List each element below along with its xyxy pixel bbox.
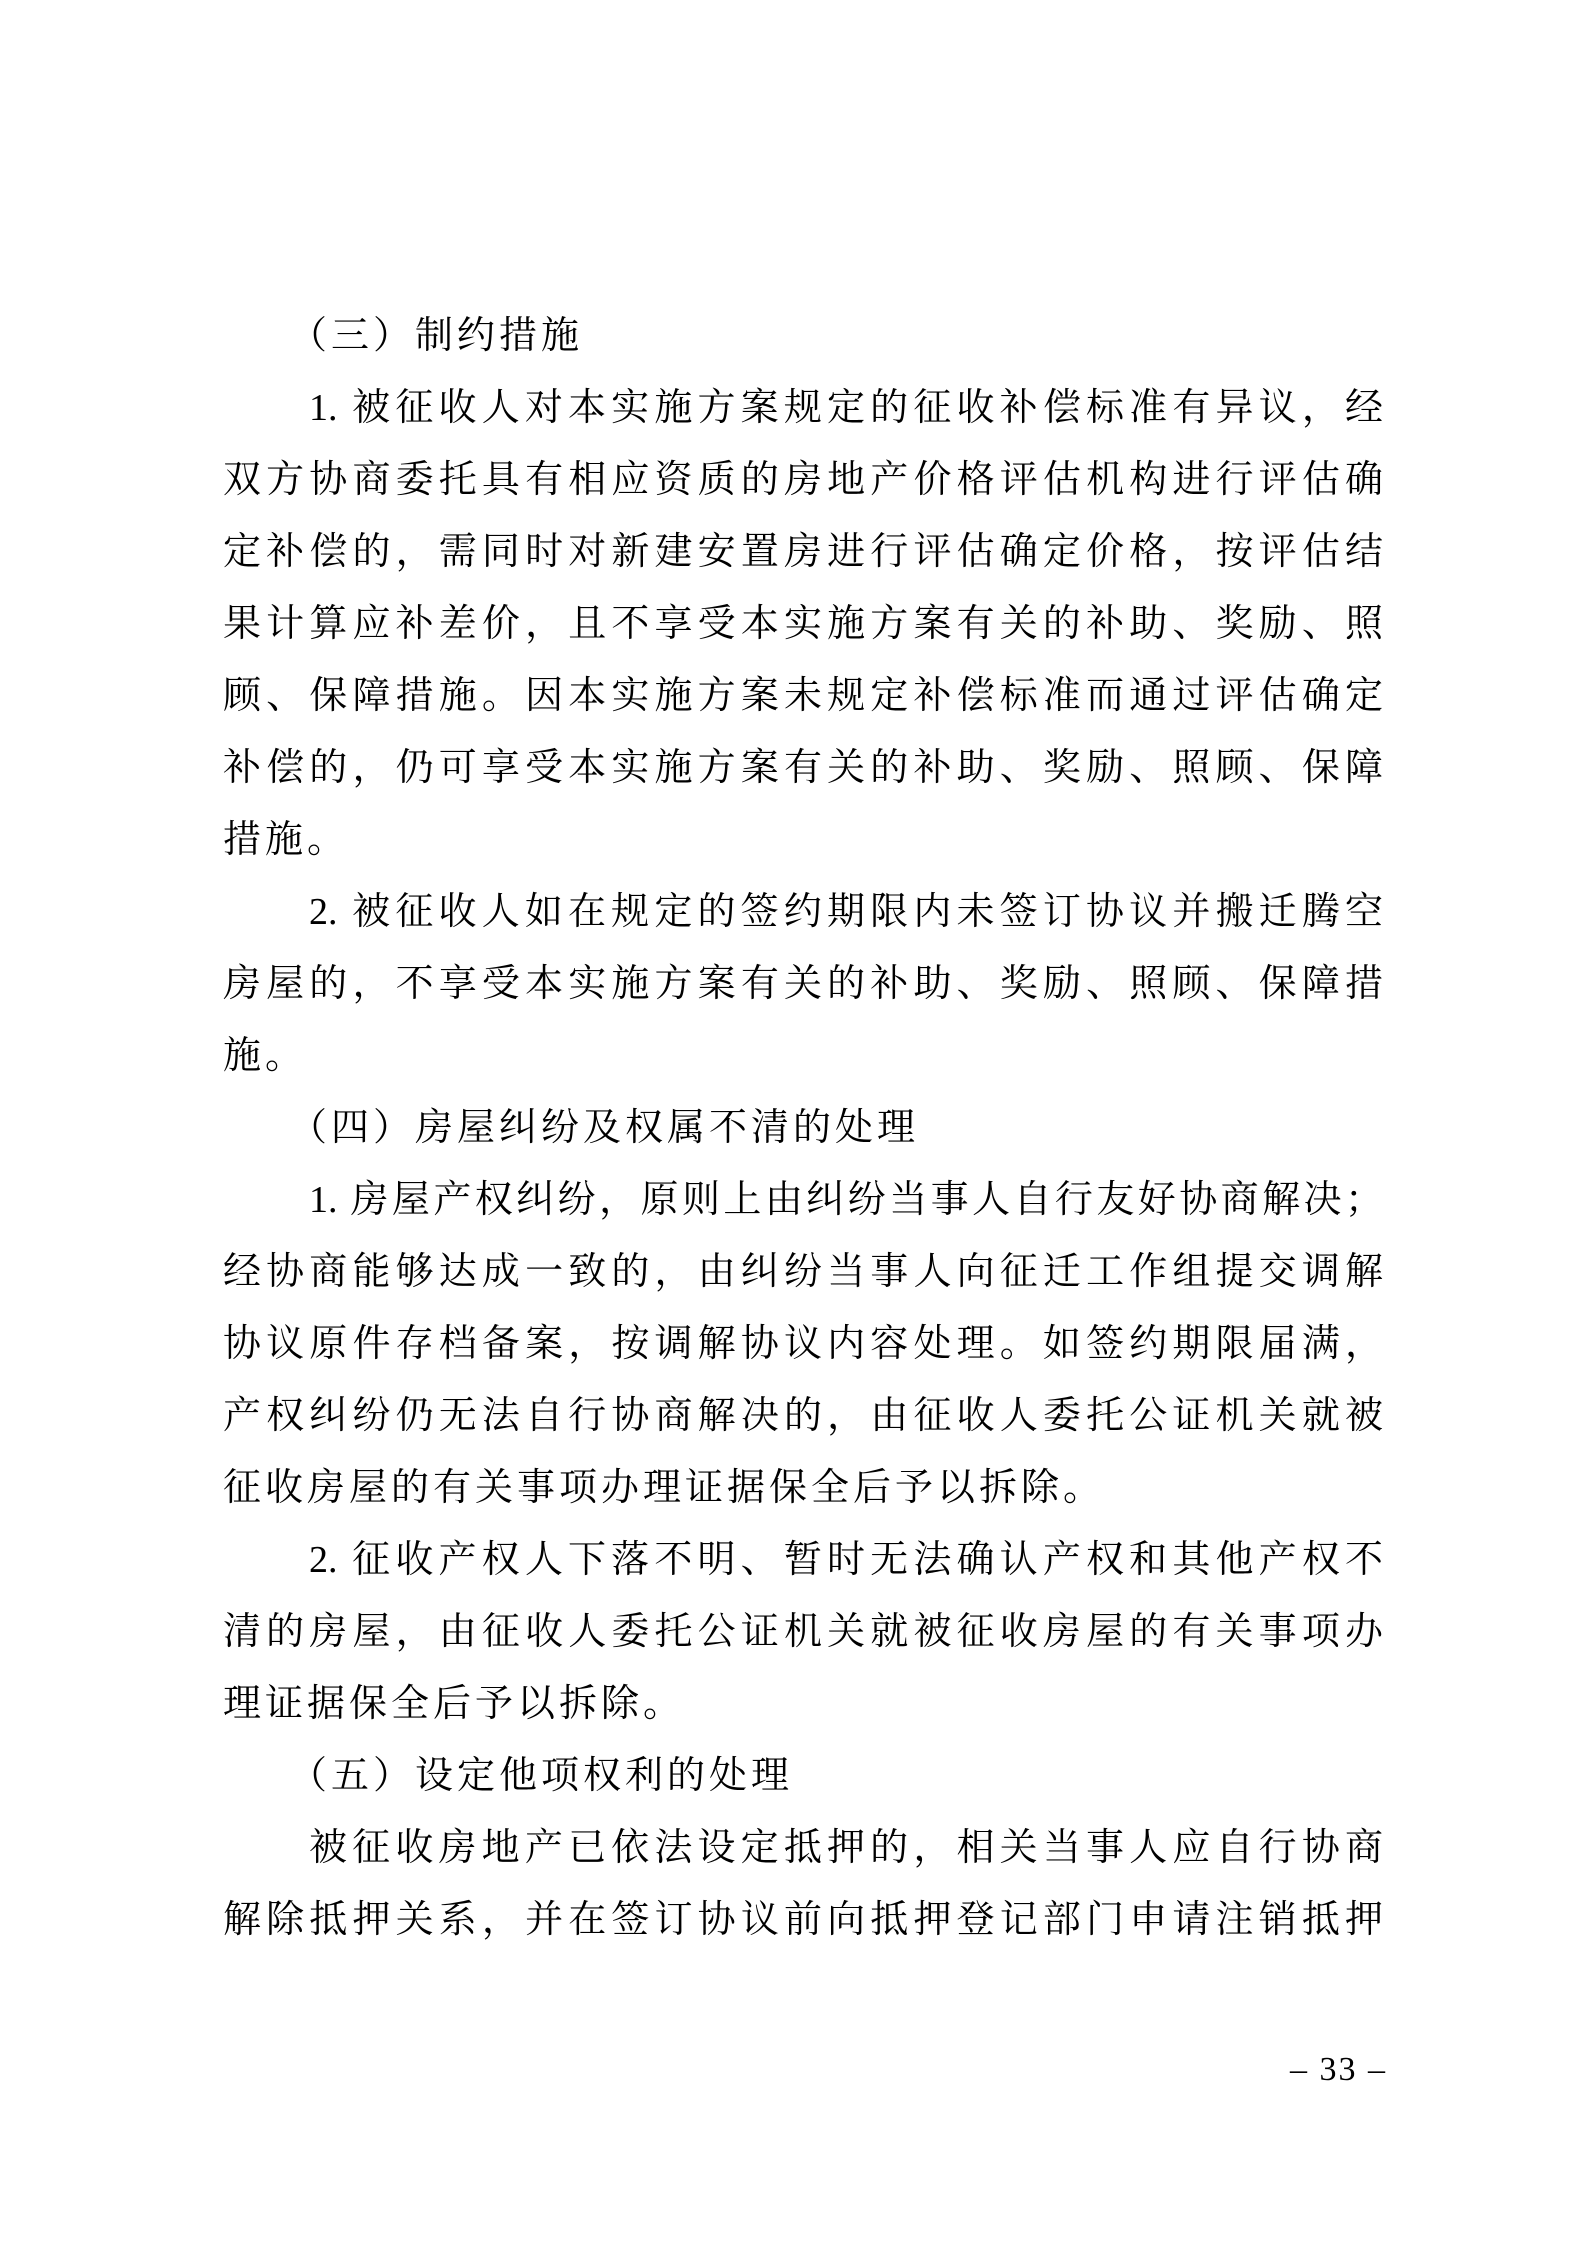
body-line: 顾、保障措施。因本实施方案未规定补偿标准而通过评估确定 (223, 660, 1383, 732)
body-line: 征收房屋的有关事项办理证据保全后予以拆除。 (223, 1452, 1383, 1524)
body-line: 定补偿的，需同时对新建安置房进行评估确定价格，按评估结 (223, 516, 1383, 588)
body-line: 2. 征收产权人下落不明、暂时无法确认产权和其他产权不 (223, 1524, 1383, 1596)
body-line: 房屋的，不享受本实施方案有关的补助、奖励、照顾、保障措 (223, 948, 1383, 1020)
document-body: （三）制约措施1. 被征收人对本实施方案规定的征收补偿标准有异议，经双方协商委托… (223, 300, 1383, 1956)
body-line: 经协商能够达成一致的，由纠纷当事人向征迁工作组提交调解 (223, 1236, 1383, 1308)
body-line: 补偿的，仍可享受本实施方案有关的补助、奖励、照顾、保障 (223, 732, 1383, 804)
body-line: 1. 被征收人对本实施方案规定的征收补偿标准有异议，经 (223, 372, 1383, 444)
body-line: 双方协商委托具有相应资质的房地产价格评估机构进行评估确 (223, 444, 1383, 516)
heading-line: （五）设定他项权利的处理 (223, 1740, 1383, 1812)
body-line: 1. 房屋产权纠纷，原则上由纠纷当事人自行友好协商解决； (223, 1164, 1383, 1236)
body-line: 协议原件存档备案，按调解协议内容处理。如签约期限届满， (223, 1308, 1383, 1380)
body-line: 果计算应补差价，且不享受本实施方案有关的补助、奖励、照 (223, 588, 1383, 660)
body-line: 措施。 (223, 804, 1383, 876)
body-line: 理证据保全后予以拆除。 (223, 1668, 1383, 1740)
body-line: 施。 (223, 1020, 1383, 1092)
body-line: 清的房屋，由征收人委托公证机关就被征收房屋的有关事项办 (223, 1596, 1383, 1668)
heading-line: （四）房屋纠纷及权属不清的处理 (223, 1092, 1383, 1164)
body-line: 被征收房地产已依法设定抵押的，相关当事人应自行协商 (223, 1812, 1383, 1884)
heading-line: （三）制约措施 (223, 300, 1383, 372)
body-line: 产权纠纷仍无法自行协商解决的，由征收人委托公证机关就被 (223, 1380, 1383, 1452)
document-page: （三）制约措施1. 被征收人对本实施方案规定的征收补偿标准有异议，经双方协商委托… (0, 0, 1587, 2245)
page-number: – 33 – (1290, 2050, 1387, 2090)
body-line: 2. 被征收人如在规定的签约期限内未签订协议并搬迁腾空 (223, 876, 1383, 948)
body-line: 解除抵押关系，并在签订协议前向抵押登记部门申请注销抵押 (223, 1884, 1383, 1956)
